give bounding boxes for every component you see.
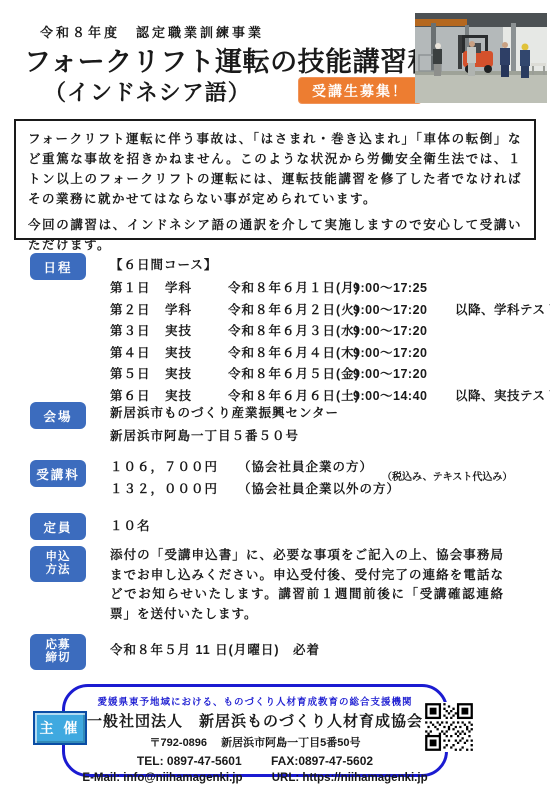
host-label: 主 催 <box>33 711 87 745</box>
fee-tax-note: （税込み、テキスト代込み） <box>382 468 512 483</box>
page-subtitle: （インドネシア語） <box>44 76 251 107</box>
organizer-email: E-Mail: info@niihamagenki.jp <box>82 772 242 784</box>
section-label-capacity: 定員 <box>30 513 86 540</box>
qr-code-graphic <box>424 702 474 752</box>
flyer-page: 令和８年度 認定職業訓練事業 フォークリフト運転の技能講習科 （インドネシア語）… <box>0 0 550 810</box>
course-header: 【６日間コース】 <box>110 255 550 275</box>
venue-name: 新居浜市ものづくり産業振興センター <box>110 402 339 425</box>
section-label-application: 申込 方法 <box>30 546 86 582</box>
section-label-deadline: 応募 締切 <box>30 634 86 670</box>
organizer-phone-line: TEL: 0897-47-5601 FAX:0897-47-5602 <box>65 754 445 768</box>
header-photo <box>415 13 547 103</box>
page-title: フォークリフト運転の技能講習科 <box>24 40 435 79</box>
section-label-schedule: 日程 <box>30 253 86 280</box>
intro-paragraph-2: 今回の講習は、インドネシア語の通訳を介して実施しますので安心して受講いただけます… <box>28 215 522 255</box>
schedule-content: 【６日間コース】 第１日 学科 令和８年６月１日(月) 9:00～17:25 第… <box>110 255 550 407</box>
fee-content: １０６，７００円 （協会社員企業の方） １３２，０００円 （協会社員企業以外の方… <box>110 456 400 500</box>
schedule-row: 第５日 実技 令和８年６月５日(金) 9:00～17:20 <box>110 364 550 386</box>
recruiting-badge: 受講生募集！ <box>298 77 422 104</box>
organizer-address: 〒792-0896 新居浜市阿島一丁目5番50号 <box>65 734 445 750</box>
schedule-row: 第４日 実技 令和８年６月４日(木) 9:00～17:20 <box>110 343 550 365</box>
schedule-row: 第１日 学科 令和８年６月１日(月) 9:00～17:25 <box>110 278 550 300</box>
organizer-fax: FAX:0897-47-5602 <box>271 754 373 768</box>
intro-paragraph-1: フォークリフト運転に伴う事故は、「はさまれ・巻き込まれ」「車体の転倒」など重篤な… <box>28 129 522 209</box>
organizer-tagline: 愛媛県東予地域における、ものづくり人材育成教育の総合支援機関 <box>65 694 445 708</box>
schedule-row: 第３日 実技 令和８年６月３日(水) 9:00～17:20 <box>110 321 550 343</box>
program-line: 令和８年度 認定職業訓練事業 <box>40 22 264 41</box>
organizer-url: URL: https://niihamagenki.jp <box>272 772 428 784</box>
fee-row: １０６，７００円 （協会社員企業の方） <box>110 456 400 478</box>
schedule-row: 第２日 学科 令和８年６月２日(火) 9:00～17:20 以降、学科テスト <box>110 300 550 322</box>
venue-content: 新居浜市ものづくり産業振興センター 新居浜市阿島一丁目５番５０号 <box>110 402 339 448</box>
application-text: 添付の「受講申込書」に、必要な事項をご記入の上、協会事務局までお申し込みください… <box>110 546 504 624</box>
fee-row: １３２，０００円 （協会社員企業以外の方） <box>110 478 400 500</box>
venue-address: 新居浜市阿島一丁目５番５０号 <box>110 425 339 448</box>
section-label-fee: 受講料 <box>30 460 86 487</box>
qr-code <box>424 702 474 752</box>
organizer-tel: TEL: 0897-47-5601 <box>137 754 242 768</box>
section-label-venue: 会場 <box>30 402 86 429</box>
organizer-name: 一般社団法人 新居浜ものづくり人材育成協会 <box>65 710 445 731</box>
organizer-web-line: E-Mail: info@niihamagenki.jp URL: https:… <box>65 772 445 784</box>
organizer-box: 愛媛県東予地域における、ものづくり人材育成教育の総合支援機関 一般社団法人 新居… <box>62 684 448 777</box>
deadline-value: 令和８年５月 11 日(月曜日) 必着 <box>110 640 320 658</box>
forklift-photo-illustration <box>415 13 547 103</box>
intro-box: フォークリフト運転に伴う事故は、「はさまれ・巻き込まれ」「車体の転倒」など重篤な… <box>14 119 536 240</box>
capacity-value: １０名 <box>110 516 151 534</box>
